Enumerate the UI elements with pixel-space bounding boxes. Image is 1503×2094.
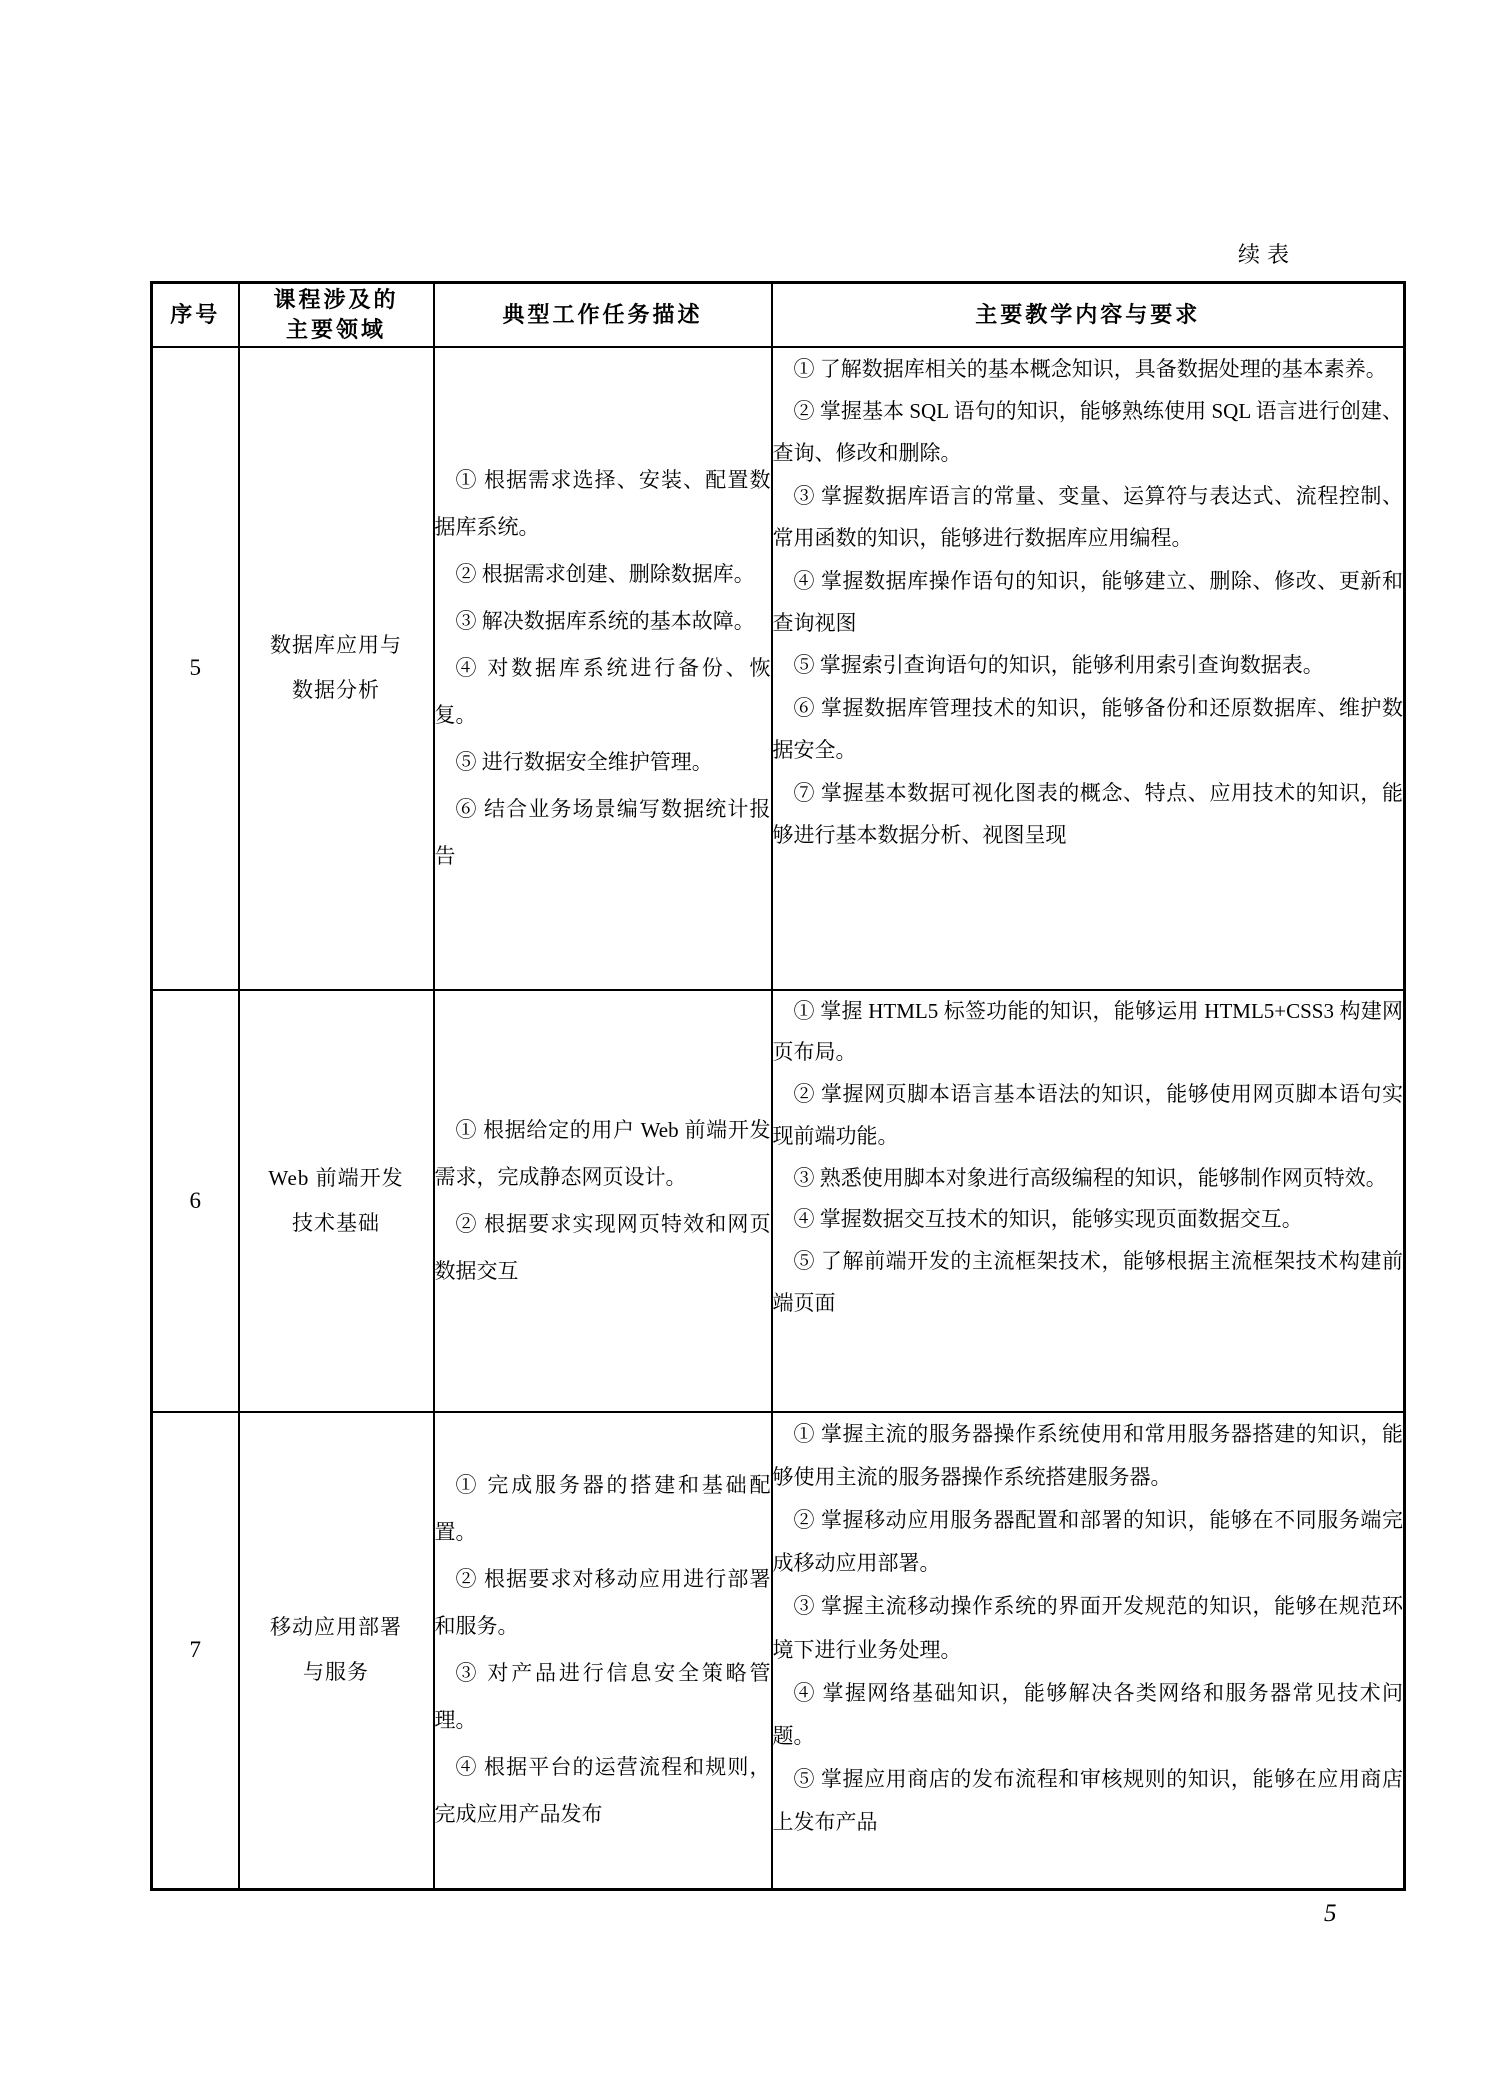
content-paragraph: ③ 掌握主流移动操作系统的界面开发规范的知识，能够在规范环境下进行业务处理。	[773, 1585, 1404, 1671]
content-paragraph: ② 掌握网页脚本语言基本语法的知识，能够使用网页脚本语句实现前端功能。	[773, 1074, 1404, 1158]
content-paragraph: ② 掌握基本 SQL 语句的知识，能够熟练使用 SQL 语言进行创建、查询、修改…	[773, 390, 1404, 475]
header-seq: 序号	[152, 283, 239, 347]
task-paragraph: ④ 对数据库系统进行备份、恢复。	[435, 645, 771, 739]
table-row-7: 7 移动应用部署 与服务 ① 完成服务器的搭建和基础配置。 ② 根据要求对移动应…	[152, 1412, 1405, 1890]
task-paragraph: ③ 解决数据库系统的基本故障。	[435, 598, 771, 645]
contents-box: ① 了解数据库相关的基本概念知识，具备数据处理的基本素养。 ② 掌握基本 SQL…	[773, 348, 1404, 857]
seq-number: 7	[152, 1412, 239, 1890]
header-tasks: 典型工作任务描述	[434, 283, 772, 347]
content-paragraph: ① 掌握 HTML5 标签功能的知识，能够运用 HTML5+CSS3 构建网页布…	[773, 991, 1404, 1075]
content-paragraph: ② 掌握移动应用服务器配置和部署的知识，能够在不同服务端完成移动应用部署。	[773, 1499, 1404, 1585]
task-paragraph: ② 根据要求对移动应用进行部署和服务。	[435, 1556, 771, 1650]
header-area: 课程涉及的 主要领域	[239, 283, 434, 347]
course-area: 数据库应用与 数据分析	[239, 347, 434, 990]
content-paragraph: ⑤ 了解前端开发的主流框架技术，能够根据主流框架技术构建前端页面	[773, 1241, 1404, 1325]
task-paragraph: ② 根据需求创建、删除数据库。	[435, 551, 771, 598]
task-paragraph: ① 根据给定的用户 Web 前端开发需求，完成静态网页设计。	[435, 1107, 771, 1201]
table-row-5: 5 数据库应用与 数据分析 ① 根据需求选择、安装、配置数据库系统。 ② 根据需…	[152, 347, 1405, 990]
page-number: 5	[1324, 1900, 1337, 1928]
content-paragraph: ⑤ 掌握应用商店的发布流程和审核规则的知识，能够在应用商店上发布产品	[773, 1758, 1404, 1844]
content-paragraph: ① 了解数据库相关的基本概念知识，具备数据处理的基本素养。	[773, 348, 1404, 390]
task-paragraph: ⑥ 结合业务场景编写数据统计报告	[435, 786, 771, 880]
content-paragraph: ⑥ 掌握数据库管理技术的知识，能够备份和还原数据库、维护数据安全。	[773, 687, 1404, 772]
course-table: 序号 课程涉及的 主要领域 典型工作任务描述 主要教学内容与要求 5 数据库应用…	[150, 281, 1406, 1891]
seq-number: 6	[152, 990, 239, 1412]
task-paragraph: ① 根据需求选择、安装、配置数据库系统。	[435, 457, 771, 551]
document-page: { "page": { "continuation_label": "续表", …	[0, 0, 1503, 2094]
content-paragraph: ④ 掌握数据库操作语句的知识，能够建立、删除、修改、更新和查询视图	[773, 560, 1404, 645]
content-paragraph: ③ 掌握数据库语言的常量、变量、运算符与表达式、流程控制、常用函数的知识，能够进…	[773, 475, 1404, 560]
seq-number: 5	[152, 347, 239, 990]
content-paragraph: ④ 掌握数据交互技术的知识，能够实现页面数据交互。	[773, 1199, 1404, 1241]
tasks-box: ① 根据需求选择、安装、配置数据库系统。 ② 根据需求创建、删除数据库。 ③ 解…	[435, 457, 771, 880]
header-contents: 主要教学内容与要求	[772, 283, 1405, 347]
header-row: 序号 课程涉及的 主要领域 典型工作任务描述 主要教学内容与要求	[152, 283, 1405, 347]
tasks-cell: ① 根据给定的用户 Web 前端开发需求，完成静态网页设计。 ② 根据要求实现网…	[434, 990, 772, 1412]
contents-box: ① 掌握主流的服务器操作系统使用和常用服务器搭建的知识，能够使用主流的服务器操作…	[773, 1413, 1404, 1845]
tasks-cell: ① 完成服务器的搭建和基础配置。 ② 根据要求对移动应用进行部署和服务。 ③ 对…	[434, 1412, 772, 1890]
content-paragraph: ⑦ 掌握基本数据可视化图表的概念、特点、应用技术的知识，能够进行基本数据分析、视…	[773, 772, 1404, 857]
contents-cell: ① 掌握主流的服务器操作系统使用和常用服务器搭建的知识，能够使用主流的服务器操作…	[772, 1412, 1405, 1890]
task-paragraph: ④ 根据平台的运营流程和规则，完成应用产品发布	[435, 1744, 771, 1838]
task-paragraph: ③ 对产品进行信息安全策略管理。	[435, 1650, 771, 1744]
task-paragraph: ② 根据要求实现网页特效和网页数据交互	[435, 1201, 771, 1295]
tasks-box: ① 完成服务器的搭建和基础配置。 ② 根据要求对移动应用进行部署和服务。 ③ 对…	[435, 1462, 771, 1838]
tasks-box: ① 根据给定的用户 Web 前端开发需求，完成静态网页设计。 ② 根据要求实现网…	[435, 1107, 771, 1295]
contents-cell: ① 了解数据库相关的基本概念知识，具备数据处理的基本素养。 ② 掌握基本 SQL…	[772, 347, 1405, 990]
course-area: Web 前端开发 技术基础	[239, 990, 434, 1412]
content-paragraph: ④ 掌握网络基础知识，能够解决各类网络和服务器常见技术问题。	[773, 1672, 1404, 1758]
tasks-cell: ① 根据需求选择、安装、配置数据库系统。 ② 根据需求创建、删除数据库。 ③ 解…	[434, 347, 772, 990]
task-paragraph: ⑤ 进行数据安全维护管理。	[435, 739, 771, 786]
task-paragraph: ① 完成服务器的搭建和基础配置。	[435, 1462, 771, 1556]
content-paragraph: ⑤ 掌握索引查询语句的知识，能够利用索引查询数据表。	[773, 644, 1404, 686]
contents-box: ① 掌握 HTML5 标签功能的知识，能够运用 HTML5+CSS3 构建网页布…	[773, 991, 1404, 1325]
contents-cell: ① 掌握 HTML5 标签功能的知识，能够运用 HTML5+CSS3 构建网页布…	[772, 990, 1405, 1412]
continuation-table-label: 续表	[1238, 238, 1296, 269]
content-paragraph: ③ 熟悉使用脚本对象进行高级编程的知识，能够制作网页特效。	[773, 1158, 1404, 1200]
table-row-6: 6 Web 前端开发 技术基础 ① 根据给定的用户 Web 前端开发需求，完成静…	[152, 990, 1405, 1412]
content-paragraph: ① 掌握主流的服务器操作系统使用和常用服务器搭建的知识，能够使用主流的服务器操作…	[773, 1413, 1404, 1499]
course-table-container: 序号 课程涉及的 主要领域 典型工作任务描述 主要教学内容与要求 5 数据库应用…	[150, 281, 1406, 1891]
course-area: 移动应用部署 与服务	[239, 1412, 434, 1890]
